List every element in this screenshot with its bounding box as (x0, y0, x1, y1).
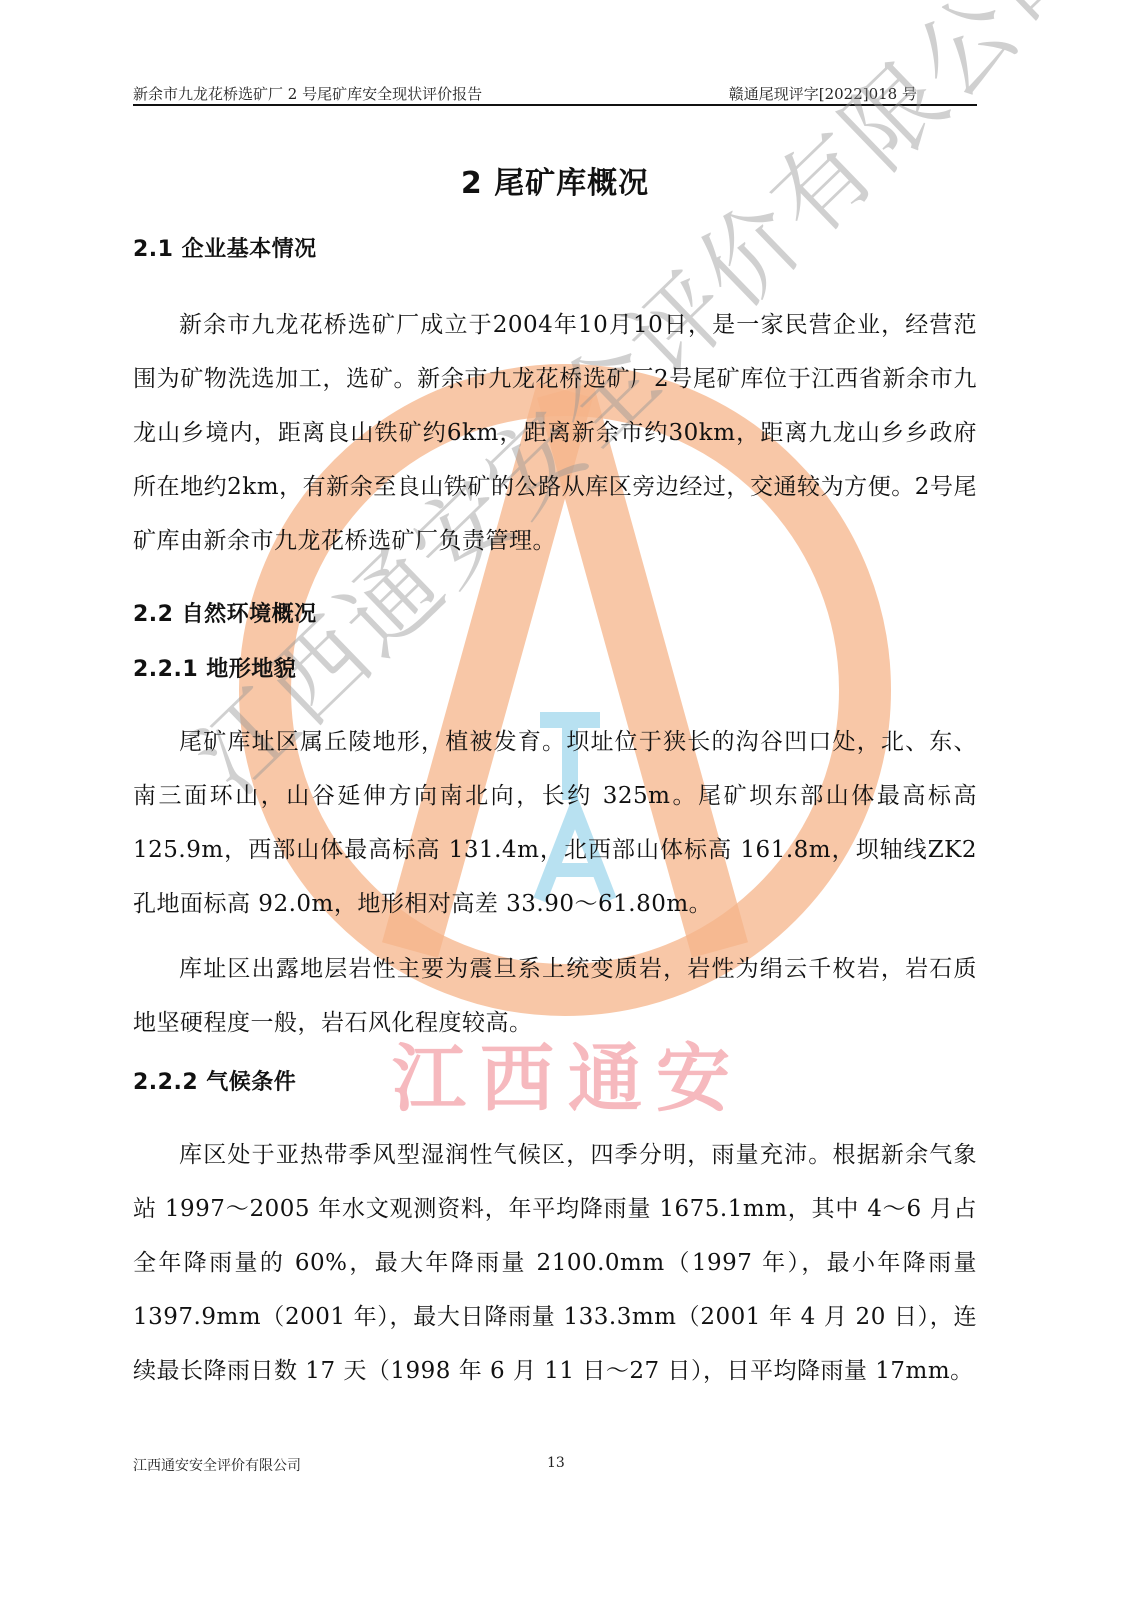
page-number: 13 (547, 1455, 565, 1471)
footer-company: 江西通安安全评价有限公司 (133, 1458, 301, 1474)
paragraph-company-info: 新余市九龙花桥选矿厂成立于2004年10月10日，是一家民营企业，经营范围为矿物… (133, 298, 977, 568)
header-report-title: 新余市九龙花桥选矿厂 2 号尾矿库安全现状评价报告 (133, 83, 482, 104)
section-heading-2-2: 2.2 自然环境概况 (133, 597, 317, 628)
header-document-number: 赣通尾现评字[2022]018 号 (729, 83, 977, 104)
section-heading-2-1: 2.1 企业基本情况 (133, 232, 317, 263)
document-page: 江西通安安全评价有限公司 江西通安 新余市九龙花桥选矿厂 2 号尾矿库安全现状评… (0, 0, 1131, 1600)
paragraph-climate: 库区处于亚热带季风型湿润性气候区，四季分明，雨量充沛。根据新余气象站 1997～… (133, 1128, 977, 1398)
page-footer: 江西通安安全评价有限公司 13 (133, 1455, 977, 1475)
paragraph-terrain: 尾矿库址区属丘陵地形，植被发育。坝址位于狭长的沟谷凹口处，北、东、南三面环山，山… (133, 715, 977, 931)
header-divider (133, 104, 977, 106)
section-heading-2-2-2: 2.2.2 气候条件 (133, 1065, 296, 1096)
page-header: 新余市九龙花桥选矿厂 2 号尾矿库安全现状评价报告 赣通尾现评字[2022]01… (133, 78, 977, 104)
paragraph-geology: 库址区出露地层岩性主要为震旦系上统变质岩，岩性为绢云千枚岩，岩石质地坚硬程度一般… (133, 942, 977, 1050)
section-heading-2-2-1: 2.2.1 地形地貌 (133, 652, 296, 683)
chapter-title: 2 尾矿库概况 (133, 158, 977, 202)
